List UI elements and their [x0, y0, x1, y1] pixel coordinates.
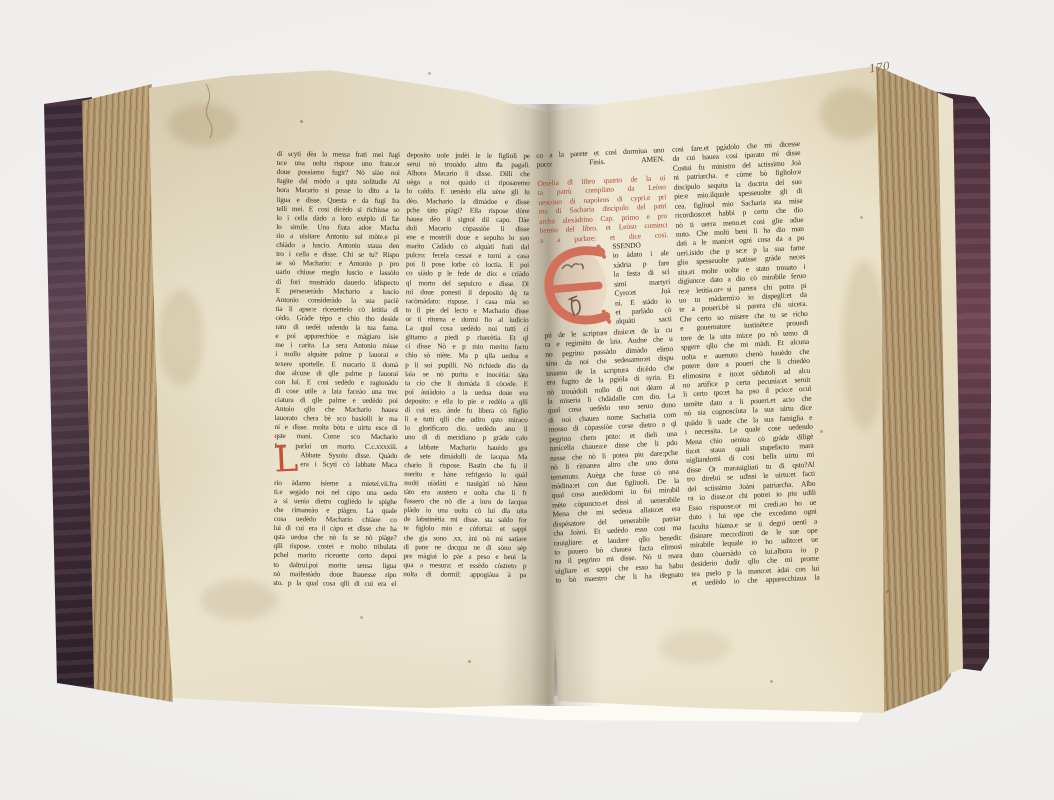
text-line: Abbate Sysoio disse. Quàdo [300, 450, 397, 460]
column-body: deposito uole jndèi le le figlioli peser… [403, 150, 530, 579]
chapter-opening-with-initial: L Abbate Sysoio disse. Quàdoera i Scyti … [274, 450, 397, 479]
right-text-column-1: co a la parete et cosi dormiua unopoco: … [536, 145, 684, 594]
text-line: chio sò niète. Ma p qlla uedoa e [405, 351, 528, 361]
initial-wrap-text: SSENDOio àdato i alexàdria p farela fest… [612, 239, 672, 326]
text-line: nolta di dormil: appogiàua à pa [403, 569, 526, 579]
text-line: te figlolo mio e còfortai: et sappi [404, 524, 527, 534]
pen-trial-mark [196, 82, 218, 140]
left-page-text-block: di scyti dèa la messa frati mei fugite:e… [273, 149, 530, 589]
left-text-column-2: deposito uole jndèi le le figlioli peser… [403, 150, 530, 589]
drop-cap-initial-l: L [274, 445, 301, 474]
right-page-text-block: co a la parete et cosi dormiua unopoco: … [536, 139, 820, 594]
text-line: a labbate Machario hauèdo gra [404, 442, 527, 452]
homily-opening-with-initial: SSENDOio àdato i alexàdria p farela fest… [540, 239, 672, 331]
text-line: uarlo chiuse meglo luscio e lassòlo [276, 267, 399, 277]
text-line: hora Macario si posse lo dito a la [277, 185, 400, 195]
stain [660, 630, 730, 664]
column-body: rio àdamo isieme a mietei.vii.frati.e se… [273, 478, 397, 588]
column-body: di scyti dèa la messa frati mei fugite:e… [274, 149, 400, 451]
stain [200, 580, 278, 620]
text-line: era i Scyti cò labbate Maca [300, 459, 397, 469]
stain [820, 88, 882, 140]
text-line: i mollo alquàte palme p lauorai e [275, 349, 398, 359]
text-line: uno di di meridiano p gràde calo [404, 433, 527, 443]
stain [842, 260, 886, 430]
red-rubric-heading: Omelia dl libro quarto de la uita patrù … [537, 173, 668, 245]
drop-cap-initial-e [539, 240, 618, 331]
photo-of-open-incunabulum: 170 di scyti dèa la messa frati mei fugi… [0, 0, 1054, 800]
text-line: sto. p la qual cosa qlli di cui era el [273, 578, 396, 588]
foxing-spots [300, 120, 303, 123]
stain [158, 290, 204, 386]
right-text-column-2: cosi fare.et pgàdolo che mi dicesseda cu… [672, 139, 820, 588]
left-text-column-1: di scyti dèa la messa frati mei fugite:e… [273, 149, 400, 588]
text-line: pchel marito riceuette certo depoi [273, 550, 396, 560]
text-line: lo caldo. E uenèdo ella uène gli lu [407, 187, 530, 197]
column-body: cosi fare.et pgàdolo che mi dicesseda cu… [672, 139, 820, 588]
initial-wrap-text: Abbate Sysoio disse. Quàdoera i Scyti cò… [300, 450, 397, 469]
text-line: co siàdo p le fede de dio: e criàdo [406, 269, 529, 279]
column-body: pii de le scripture diuie:et de la cura … [544, 325, 683, 585]
